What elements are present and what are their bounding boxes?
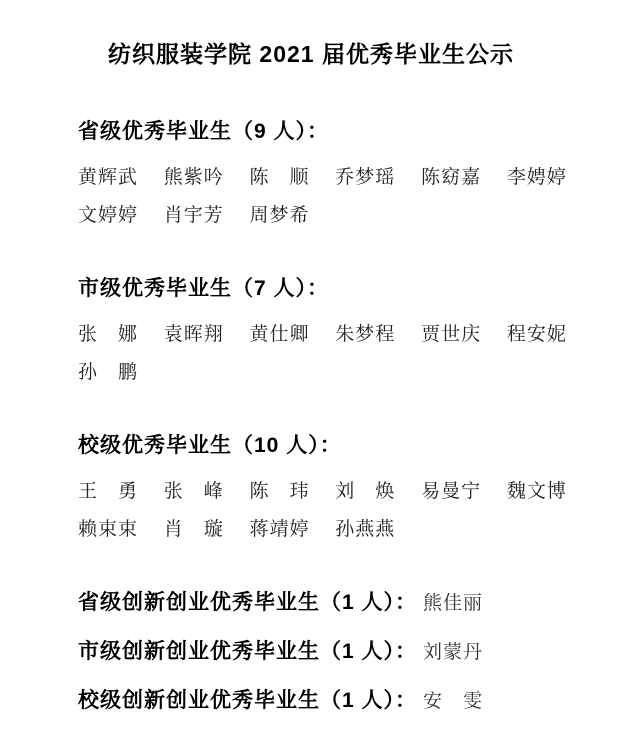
name-row: 赖束束 肖 璇 蒋靖婷 孙燕燕 <box>78 518 562 542</box>
award-lines-block: 省级创新创业优秀毕业生（1 人）：熊佳丽 市级创新创业优秀毕业生（1 人）：刘蒙… <box>78 586 562 714</box>
graduate-name: 肖 璇 <box>164 519 224 540</box>
award-line-municipal: 市级创新创业优秀毕业生（1 人）：刘蒙丹 <box>78 635 562 665</box>
graduate-name: 朱梦程 <box>335 324 395 345</box>
section-heading: 省级优秀毕业生（9 人）： <box>78 115 562 145</box>
graduate-name: 李娉婷 <box>507 167 567 188</box>
graduate-name: 张 峰 <box>164 481 224 502</box>
graduate-name: 黄辉武 <box>78 167 138 188</box>
graduate-name: 熊佳丽 <box>423 593 483 614</box>
name-row: 王 勇 张 峰 陈 玮 刘 焕 易曼宁 魏文博 <box>78 480 562 504</box>
graduate-name: 乔梦瑶 <box>335 167 395 188</box>
graduate-name: 周梦希 <box>250 205 310 226</box>
graduate-name: 程安妮 <box>507 324 567 345</box>
graduate-name: 安 雯 <box>423 691 483 712</box>
graduate-name: 张 娜 <box>78 324 138 345</box>
section-heading: 校级优秀毕业生（10 人）： <box>78 429 562 459</box>
document-page: 纺织服装学院 2021 届优秀毕业生公示 省级优秀毕业生（9 人）： 黄辉武 熊… <box>0 0 620 735</box>
name-row: 黄辉武 熊紫吟 陈 顺 乔梦瑶 陈窈嘉 李娉婷 <box>78 166 562 190</box>
graduate-name: 孙 鹏 <box>78 362 138 383</box>
graduate-name: 贾世庆 <box>421 324 481 345</box>
award-line-school: 校级创新创业优秀毕业生（1 人）：安 雯 <box>78 684 562 714</box>
graduate-name: 熊紫吟 <box>164 167 224 188</box>
graduate-name: 黄仕卿 <box>250 324 310 345</box>
name-row: 文婷婷 肖宇芳 周梦希 <box>78 204 562 228</box>
graduate-name: 赖束束 <box>78 519 138 540</box>
award-line-provincial: 省级创新创业优秀毕业生（1 人）：熊佳丽 <box>78 586 562 616</box>
graduate-name: 易曼宁 <box>421 481 481 502</box>
graduate-name: 袁晖翔 <box>164 324 224 345</box>
graduate-name: 刘蒙丹 <box>423 642 483 663</box>
section-provincial-graduates: 省级优秀毕业生（9 人）： 黄辉武 熊紫吟 陈 顺 乔梦瑶 陈窈嘉 李娉婷 文婷… <box>78 115 562 228</box>
section-school-graduates: 校级优秀毕业生（10 人）： 王 勇 张 峰 陈 玮 刘 焕 易曼宁 魏文博 赖… <box>78 429 562 542</box>
graduate-name: 文婷婷 <box>78 205 138 226</box>
section-heading: 市级优秀毕业生（7 人）： <box>78 272 562 302</box>
graduate-name: 孙燕燕 <box>335 519 395 540</box>
graduate-name: 王 勇 <box>78 481 138 502</box>
award-heading: 省级创新创业优秀毕业生（1 人）： <box>78 591 417 614</box>
award-heading: 校级创新创业优秀毕业生（1 人）： <box>78 689 417 712</box>
graduate-name: 陈窈嘉 <box>421 167 481 188</box>
graduate-name: 刘 焕 <box>335 481 395 502</box>
graduate-name: 肖宇芳 <box>164 205 224 226</box>
graduate-name: 陈 顺 <box>250 167 310 188</box>
graduate-name: 魏文博 <box>507 481 567 502</box>
graduate-name: 蒋靖婷 <box>250 519 310 540</box>
page-title: 纺织服装学院 2021 届优秀毕业生公示 <box>60 36 562 69</box>
name-row: 孙 鹏 <box>78 361 562 385</box>
section-municipal-graduates: 市级优秀毕业生（7 人）： 张 娜 袁晖翔 黄仕卿 朱梦程 贾世庆 程安妮 孙 … <box>78 272 562 385</box>
name-row: 张 娜 袁晖翔 黄仕卿 朱梦程 贾世庆 程安妮 <box>78 323 562 347</box>
award-heading: 市级创新创业优秀毕业生（1 人）： <box>78 640 417 663</box>
graduate-name: 陈 玮 <box>250 481 310 502</box>
